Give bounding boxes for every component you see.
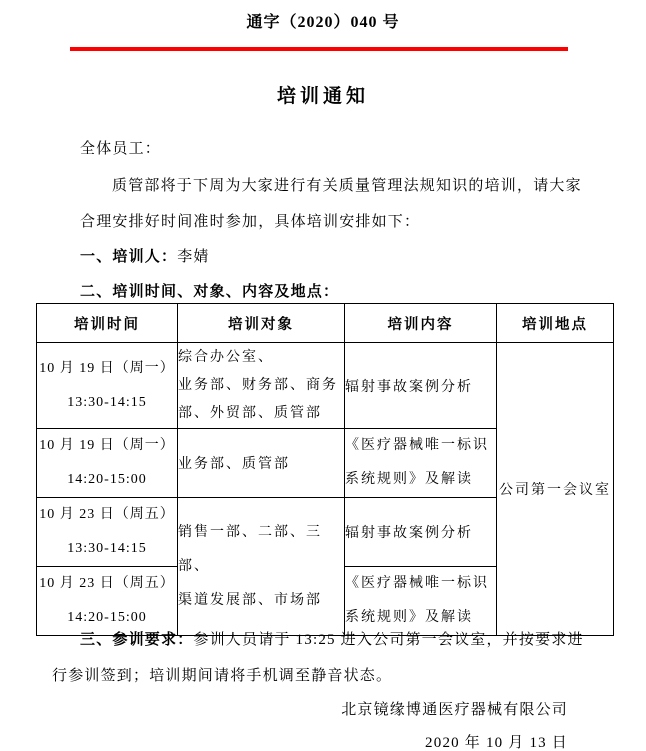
- doc-number: 通字（2020）040 号: [0, 12, 646, 34]
- content-cell: 《医疗器械唯一标识 系统规则》及解读: [345, 429, 497, 498]
- salutation-line: 全体员工：: [80, 139, 161, 159]
- trainer-section-line: 一、培训人：李婧: [80, 247, 210, 267]
- header-rule: [70, 47, 568, 51]
- table-header-audience: 培训对象: [178, 304, 345, 343]
- table-header-time: 培训时间: [37, 304, 178, 343]
- content-cell: 《医疗器械唯一标识 系统规则》及解读: [345, 567, 497, 636]
- trainer-label: 一、培训人：: [80, 249, 177, 265]
- time-cell: 10 月 23 日（周五） 14:20-15:00: [37, 567, 178, 636]
- intro-line-2: 合理安排好时间准时参加，具体培训安排如下：: [80, 212, 420, 232]
- table-header-content: 培训内容: [345, 304, 497, 343]
- requirements-line-1: 三、参训要求：参训人员请于 13:25 进入公司第一会议室，并按要求进: [80, 630, 584, 650]
- audience-cell-merged: 销售一部、二部、三部、 渠道发展部、市场部: [178, 498, 345, 636]
- requirements-label: 三、参训要求：: [80, 632, 193, 648]
- intro-line-1: 质管部将于下周为大家进行有关质量管理法规知识的培训，请大家: [112, 176, 582, 196]
- schedule-section-heading: 二、培训时间、对象、内容及地点：: [80, 282, 339, 302]
- signature-date: 2020 年 10 月 13 日: [425, 733, 568, 751]
- requirements-line-2: 行参训签到；培训期间请将手机调至静音状态。: [52, 666, 392, 686]
- training-notice-document: 通字（2020）040 号 培训通知 全体员工： 质管部将于下周为大家进行有关质…: [0, 0, 646, 751]
- content-cell: 辐射事故案例分析: [345, 498, 497, 567]
- table-header-row: 培训时间 培训对象 培训内容 培训地点: [37, 304, 614, 343]
- signature-company: 北京镜缘博通医疗器械有限公司: [341, 700, 568, 720]
- requirements-text: 参训人员请于 13:25 进入公司第一会议室，并按要求进: [193, 632, 583, 648]
- audience-cell: 业务部、质管部: [178, 429, 345, 498]
- location-cell: 公司第一会议室: [497, 343, 614, 636]
- time-cell: 10 月 19 日（周一） 13:30-14:15: [37, 343, 178, 429]
- table-row: 10 月 19 日（周一） 13:30-14:15 综合办公室、 业务部、财务部…: [37, 343, 614, 429]
- time-cell: 10 月 19 日（周一） 14:20-15:00: [37, 429, 178, 498]
- table-header-location: 培训地点: [497, 304, 614, 343]
- trainer-name: 李婧: [177, 249, 209, 265]
- audience-cell: 综合办公室、 业务部、财务部、商务 部、外贸部、质管部: [178, 343, 345, 429]
- time-cell: 10 月 23 日（周五） 13:30-14:15: [37, 498, 178, 567]
- training-schedule-table: 培训时间 培训对象 培训内容 培训地点 10 月 19 日（周一） 13:30-…: [36, 303, 614, 636]
- page-title: 培训通知: [0, 84, 646, 110]
- content-cell: 辐射事故案例分析: [345, 343, 497, 429]
